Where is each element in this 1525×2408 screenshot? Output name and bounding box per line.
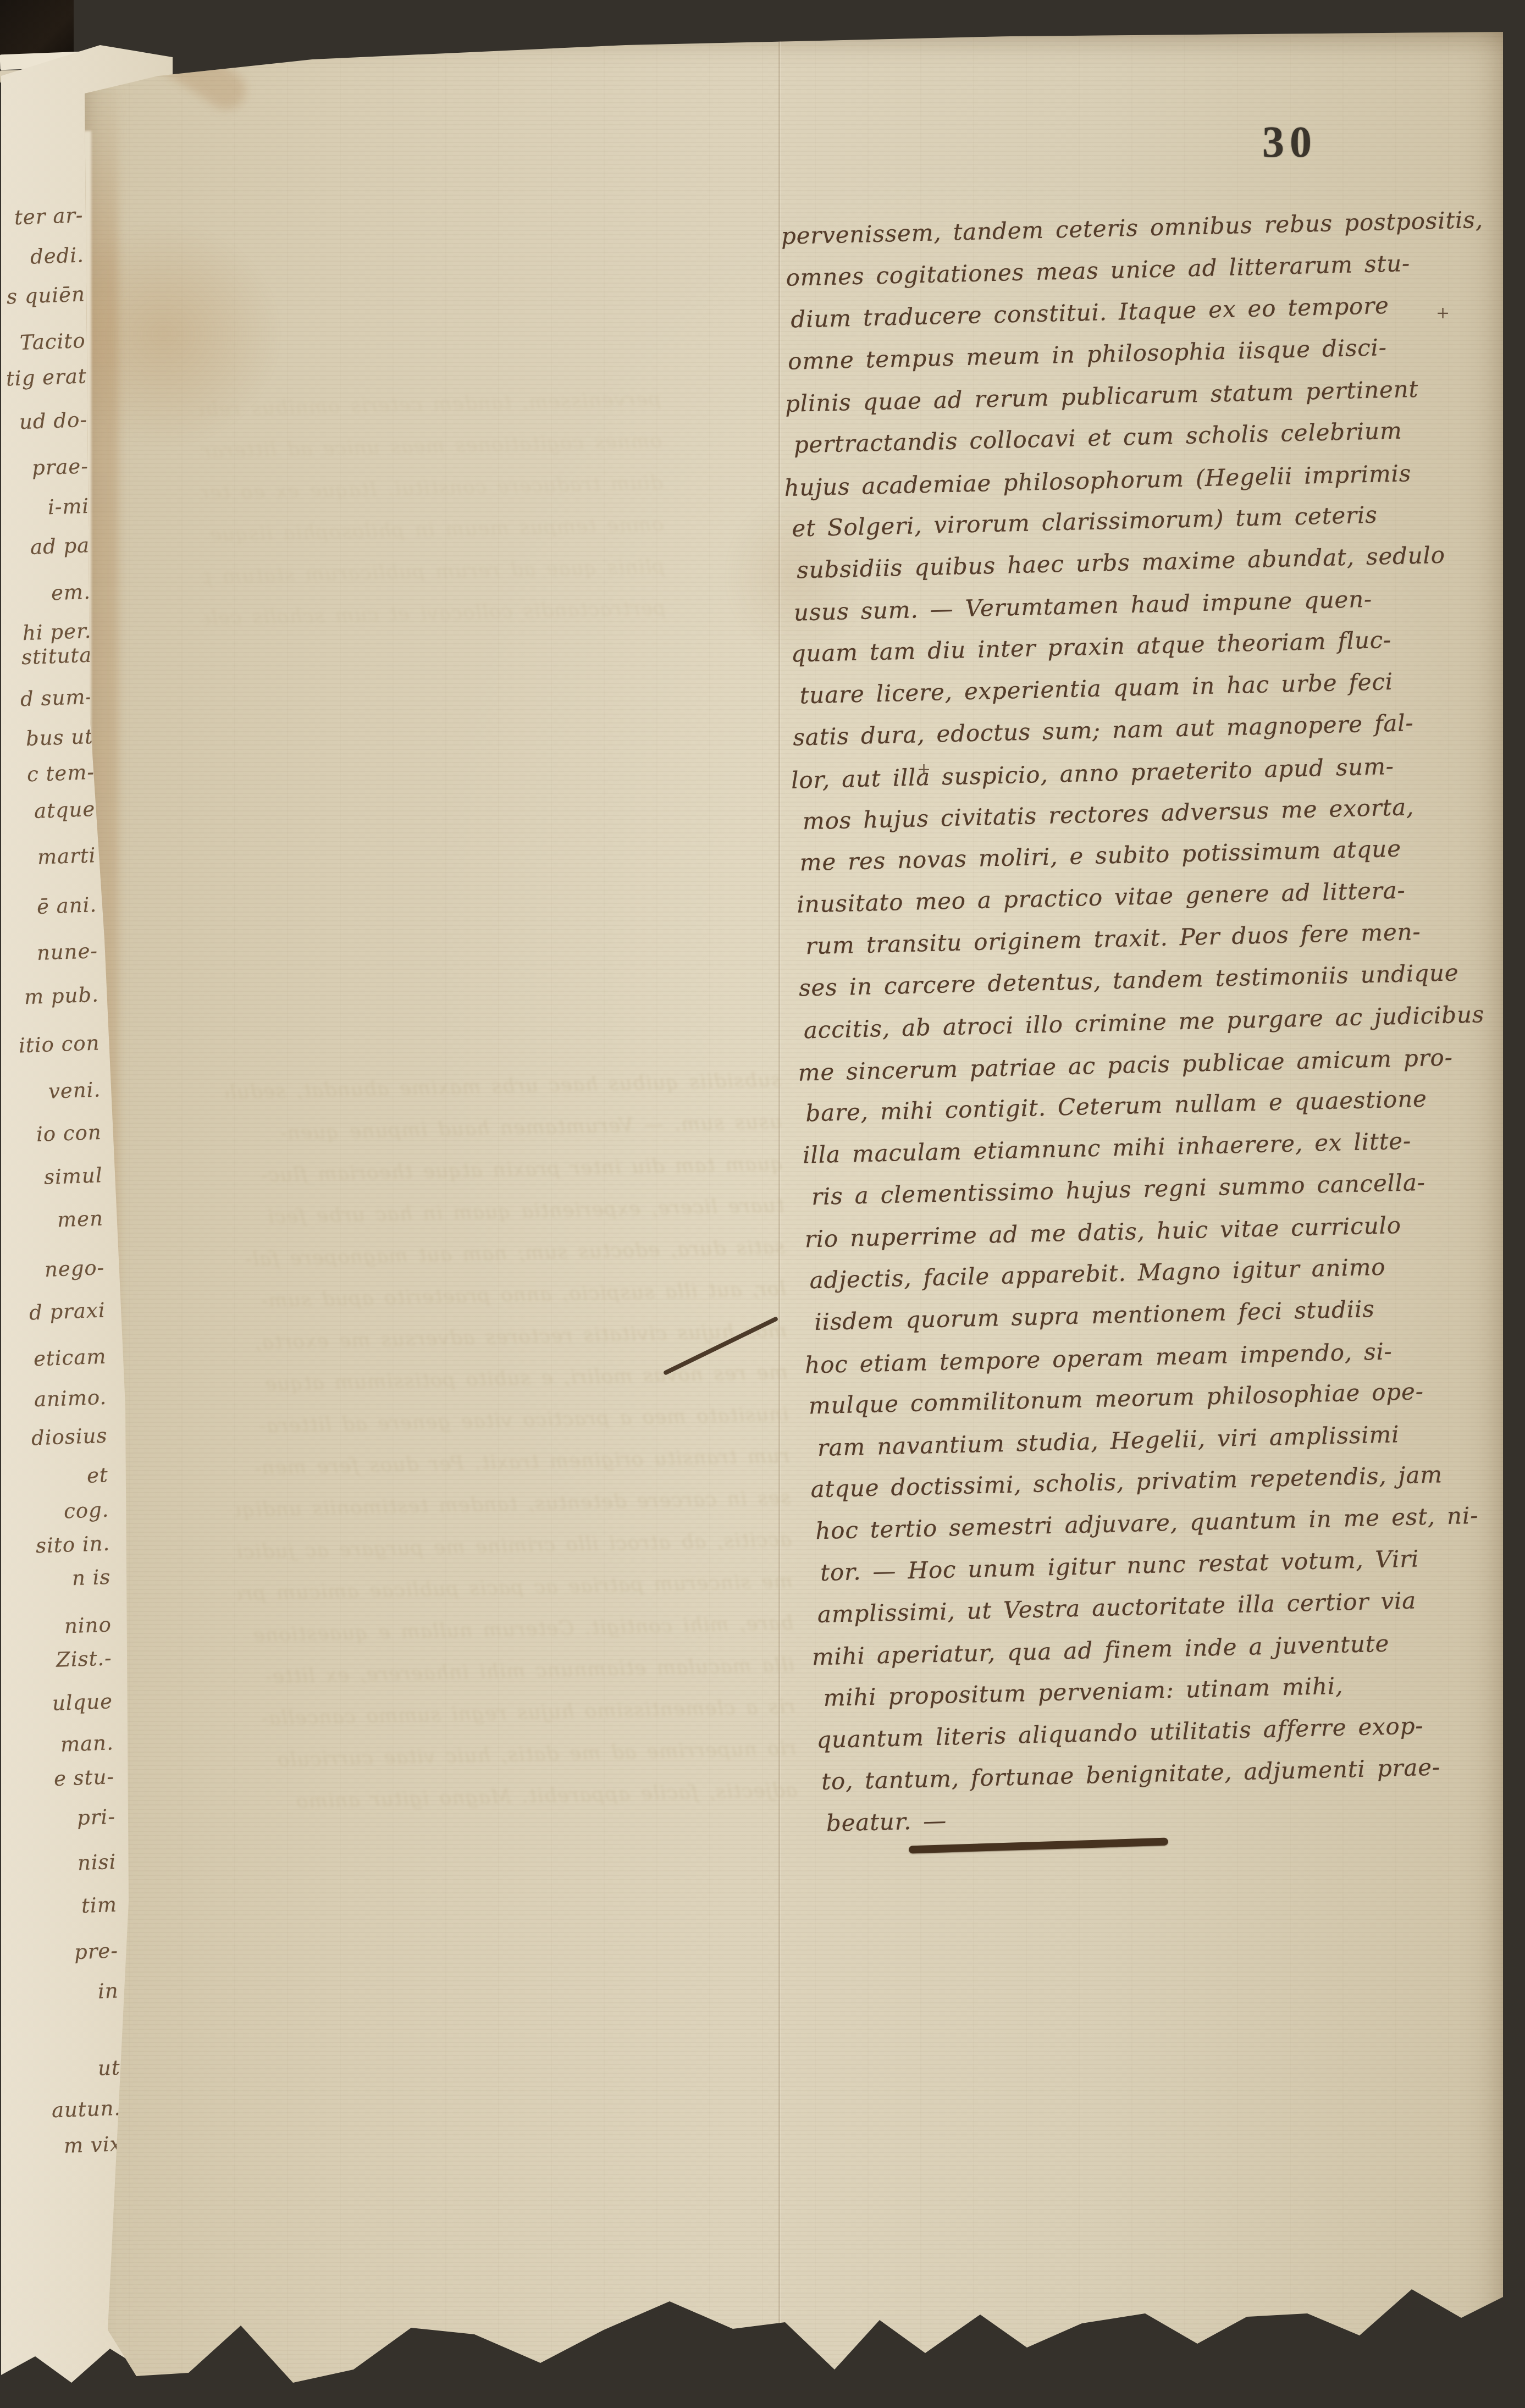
margin-fragment: s quiēn (6, 283, 85, 309)
margin-fragment: nego- (44, 1256, 105, 1282)
margin-fragment: m vix (63, 2132, 122, 2158)
bleedthrough-line: quam tam diu inter praxin atque theoriam… (228, 1143, 783, 1197)
margin-fragment: d sum- (20, 685, 93, 711)
margin-fragment: tig erat (5, 364, 87, 390)
page-number-stamp: 30 (1262, 118, 1317, 168)
manuscript-page: pervenissem, tandem ceteris omnibus rebu… (76, 32, 1503, 2401)
margin-fragment: diosius (31, 1424, 108, 1450)
bleedthrough-line: bare, mihi contigit. Ceterum nullam e qu… (238, 1602, 794, 1656)
margin-fragment: nino (64, 1613, 112, 1638)
bleedthrough-line: pervenissem, tandem ceteris omnibus rebu… (199, 379, 662, 431)
ink-bleedthrough: subsidiis quibus haec urbs maxime abunda… (225, 1059, 800, 1930)
bleedthrough-line: satis dura, edoctus sum; nam aut magnope… (229, 1227, 785, 1281)
margin-fragment: cog. (63, 1498, 109, 1523)
ink-bleedthrough: pervenissem, tandem ceteris omnibus rebu… (199, 379, 667, 697)
margin-fragment: man. (60, 1731, 114, 1756)
margin-fragment: c tem- (26, 760, 95, 786)
margin-fragment: men (57, 1207, 103, 1232)
bleedthrough-line: inusitato meo a practico vitae genere ad… (233, 1394, 789, 1448)
margin-fragment: simul (43, 1163, 103, 1189)
margin-fragment: bus ut (26, 725, 94, 750)
margin-fragment: io con (36, 1120, 102, 1146)
margin-fragment: animo. (34, 1385, 108, 1412)
margin-fragment: prae- (31, 454, 89, 480)
margin-fragment: sito in. (35, 1532, 110, 1558)
margin-fragment: tim (81, 1893, 117, 1918)
margin-fragment: ad pa (30, 533, 90, 559)
margin-fragment: nune- (37, 939, 98, 965)
margin-fragment: m pub. (24, 983, 99, 1009)
margin-fragment: d praxi (29, 1299, 106, 1325)
bleedthrough-line: plinis quae ad rerum publicarum statum p… (203, 545, 666, 598)
insertion-mark: + (1436, 303, 1450, 323)
bleedthrough-line: accitis, ab atroci illo crimine me purga… (236, 1519, 792, 1573)
margin-fragment: pri- (76, 1805, 115, 1830)
margin-fragment: e stu- (54, 1765, 115, 1791)
vertical-crease (778, 32, 781, 2401)
margin-fragment: n is (71, 1565, 111, 1590)
margin-fragment: ē ani. (37, 893, 98, 919)
bleedthrough-line: ses in carcere detentus, tandem testimon… (235, 1477, 791, 1532)
margin-fragment: Tacito (20, 329, 86, 355)
bleedthrough-line: lor, aut illa suspicio, anno praeterito … (230, 1268, 786, 1323)
insertion-mark: + (917, 760, 931, 779)
margin-fragment: eticam (33, 1345, 107, 1371)
bleedthrough-line: illa maculam etiamnunc mihi inhaerere, e… (239, 1644, 795, 1698)
margin-fragment: in (98, 1979, 119, 2003)
margin-fragment: itio con (18, 1031, 100, 1057)
bleedthrough-line: omnes cogitationes meas unice ad littera… (200, 421, 662, 473)
margin-fragment: hi per. (22, 619, 92, 645)
margin-dash-mark (663, 1316, 778, 1376)
margin-fragment: Zist.- (56, 1646, 113, 1672)
margin-fragment: atque (34, 797, 96, 823)
bleedthrough-line: tuare licere, experientia quam in hac ur… (229, 1185, 784, 1239)
bleedthrough-line: dium traducere constitui. Itaque ex eo t… (201, 462, 664, 515)
margin-fragment: pre- (74, 1939, 118, 1964)
margin-fragment: autun. (51, 2096, 121, 2122)
margin-fragment: ud do- (19, 408, 87, 434)
bleedthrough-line: me sincerum patriae ac pacis publicae am… (237, 1561, 793, 1615)
margin-fragment: ter ar- (14, 203, 84, 229)
bleedthrough-line: usus sum. — Verumtamen haud impune quen- (226, 1101, 782, 1156)
margin-fragment: dedi. (30, 243, 84, 268)
margin-fragment: i-mi (47, 494, 90, 520)
bleedthrough-line: omne tempus meum in philosophia iisque d… (202, 504, 665, 556)
margin-fragment: ut (97, 2056, 120, 2080)
margin-fragment: em. (51, 580, 91, 605)
margin-fragment: ulque (52, 1689, 114, 1715)
bleedthrough-line: ris a clementissimo hujus regni summo ca… (240, 1686, 795, 1740)
margin-fragment: marti (37, 843, 96, 869)
bleedthrough-line: rum transitu originem traxit. Per duos f… (234, 1435, 790, 1490)
bleedthrough-line: pertractandis collocavi et cum scholis c… (203, 587, 666, 639)
bleedthrough-line: adjectis, facile apparebit. Magno igitur… (242, 1769, 798, 1824)
margin-fragment: veni. (48, 1078, 101, 1103)
margin-fragment: nisi (77, 1850, 117, 1875)
margin-fragment: et (87, 1463, 109, 1487)
bleedthrough-line: subsidiis quibus haec urbs maxime abunda… (225, 1059, 781, 1114)
bleedthrough-line: rio nuperrime ad me datis, huic vitae cu… (241, 1727, 797, 1782)
bleedthrough-line: me res novas moliri, e subito potissimum… (233, 1352, 788, 1406)
manuscript-text: pervenissem, tandem ceteris omnibus rebu… (781, 199, 1522, 1844)
margin-fragment: stituta (21, 643, 92, 669)
